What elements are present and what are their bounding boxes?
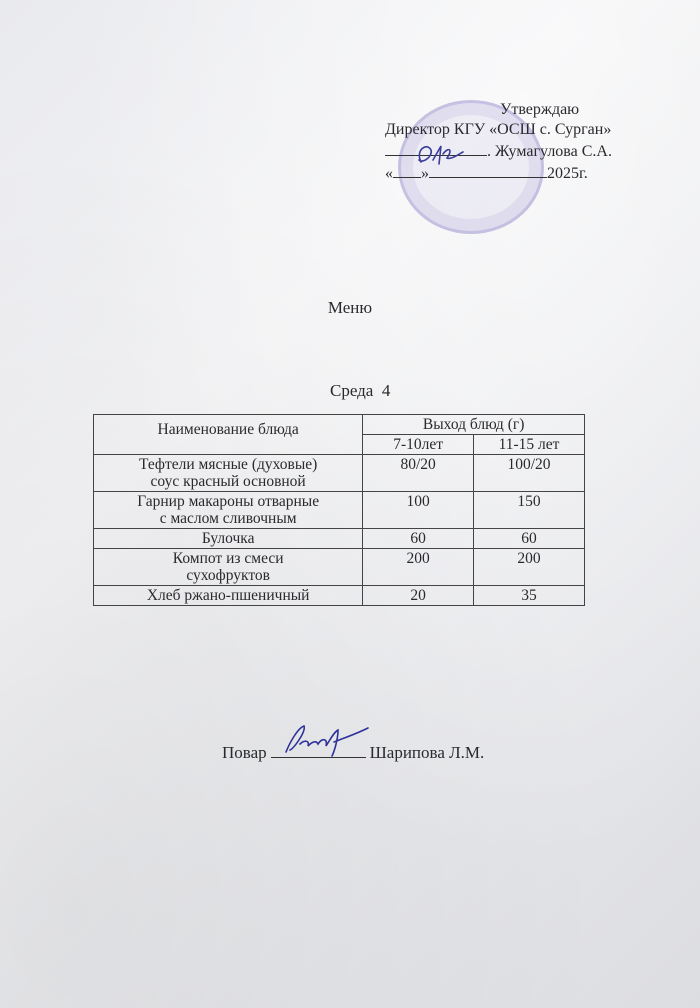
yield-11-15: 60 — [474, 529, 585, 549]
yield-11-15: 200 — [474, 549, 585, 586]
menu-table: Наименование блюда Выход блюд (г) 7-10ле… — [93, 414, 585, 606]
header-age-7-10: 7-10лет — [363, 435, 474, 455]
yield-11-15: 35 — [474, 586, 585, 606]
table-row: Тефтели мясные (духовые)соус красный осн… — [94, 455, 585, 492]
page-title: Меню — [0, 298, 700, 318]
director-name: . Жумагулова С.А. — [487, 143, 612, 160]
cook-signature-icon — [282, 722, 372, 758]
director-signature-icon — [413, 140, 468, 170]
yield-7-10: 20 — [363, 586, 474, 606]
yield-7-10: 60 — [363, 529, 474, 549]
yield-7-10: 80/20 — [363, 455, 474, 492]
table-row: Булочка 60 60 — [94, 529, 585, 549]
yield-7-10: 100 — [363, 492, 474, 529]
cook-name: Шарипова Л.М. — [370, 743, 485, 762]
dish-name: Тефтели мясные (духовые)соус красный осн… — [94, 455, 363, 492]
dish-name: Хлеб ржано-пшеничный — [94, 586, 363, 606]
approval-heading: Утверждаю — [385, 100, 695, 120]
table-row: Гарнир макароны отварныес маслом сливочн… — [94, 492, 585, 529]
header-dish-name: Наименование блюда — [94, 415, 363, 455]
dish-name: Булочка — [94, 529, 363, 549]
menu-day: Среда 4 — [330, 381, 390, 401]
yield-7-10: 200 — [363, 549, 474, 586]
yield-11-15: 150 — [474, 492, 585, 529]
cook-label: Повар — [222, 743, 267, 762]
header-yield: Выход блюд (г) — [363, 415, 585, 435]
date-open-quote: « — [385, 165, 393, 182]
header-age-11-15: 11-15 лет — [474, 435, 585, 455]
table-row: Хлеб ржано-пшеничный 20 35 — [94, 586, 585, 606]
approval-director: Директор КГУ «ОСШ с. Сурган» — [385, 120, 695, 140]
table-row: Компот из смесисухофруктов 200 200 — [94, 549, 585, 586]
date-year: 2025г. — [547, 165, 588, 182]
yield-11-15: 100/20 — [474, 455, 585, 492]
dish-name: Гарнир макароны отварныес маслом сливочн… — [94, 492, 363, 529]
dish-name: Компот из смесисухофруктов — [94, 549, 363, 586]
